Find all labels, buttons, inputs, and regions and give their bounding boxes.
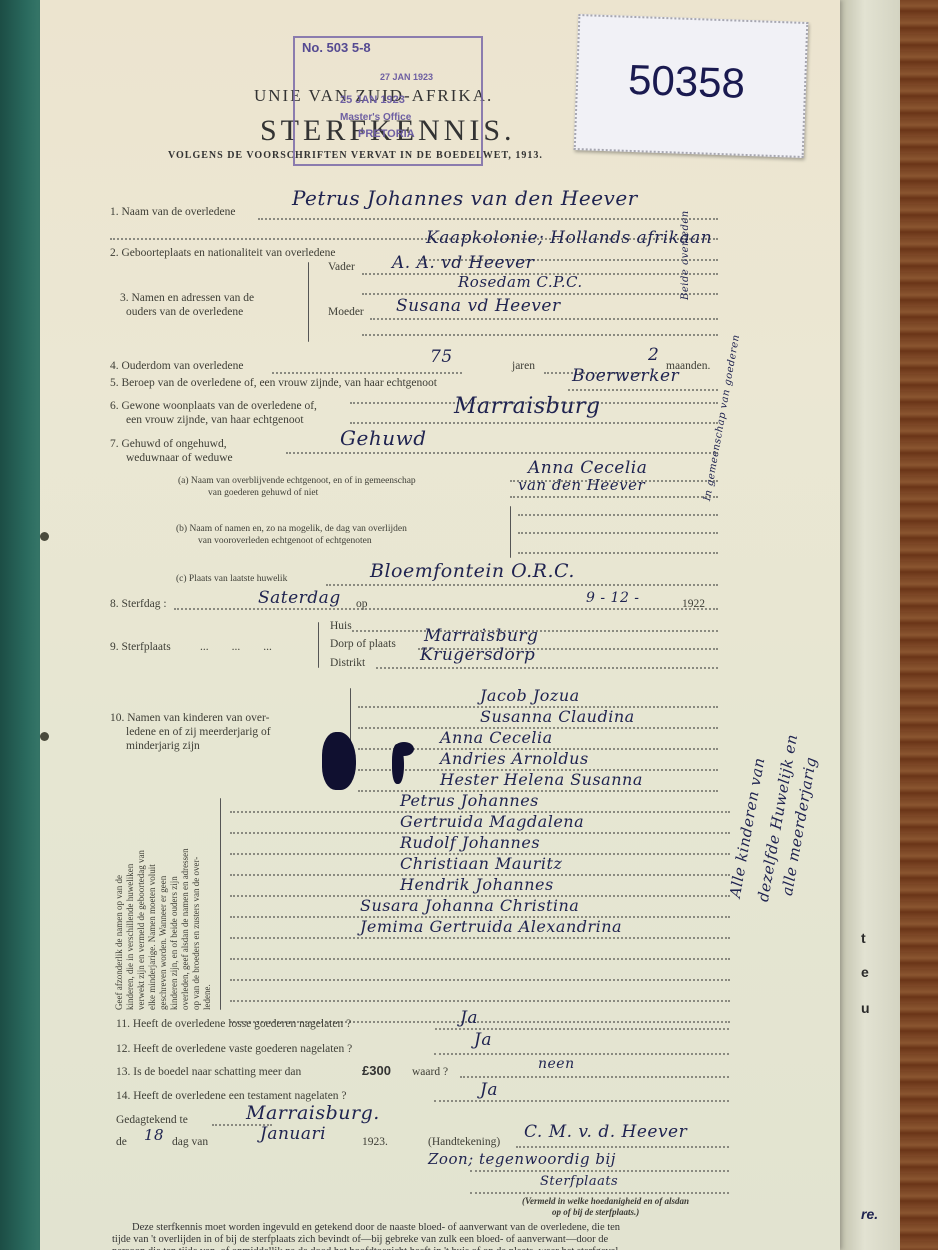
child-name: Jemima Gertruida Alexandrina [360, 917, 622, 936]
death-place-town: Marraisburg [424, 626, 538, 646]
instruction-line: ledene. [202, 984, 212, 1010]
child-name: Susanna Claudina [480, 707, 635, 726]
child-name: Christiaan Mauritz [400, 854, 562, 873]
testament-value: Ja [480, 1080, 498, 1100]
capacity-note-1: (Vermeld in welke hoedanigheid en of als… [522, 1196, 689, 1206]
handtekening-label: (Handtekening) [428, 1136, 500, 1148]
capacity-value-1: Zoon; tegenwoordig bij [428, 1150, 616, 1168]
ink-blot [394, 742, 414, 756]
signature-value: C. M. v. d. Heever [524, 1122, 687, 1142]
child-line [230, 979, 730, 981]
footer-line-2: tijde van 't overlijden in of bij de ste… [112, 1234, 608, 1246]
child-name: Hester Helena Susanna [440, 770, 643, 789]
punch-hole [40, 532, 49, 541]
sign-day: 18 [144, 1126, 164, 1144]
stamp-office: Master's Office [340, 112, 411, 123]
death-notice-form: UNIE VAN ZUID-AFRIKA. STERFKENNIS. VOLGE… [40, 0, 840, 1250]
instruction-line: verwekt zijn en vermeld de geboortedag v… [136, 850, 146, 1010]
death-date: 9 - 12 - [586, 590, 640, 606]
child-name: Rudolf Johannes [400, 833, 540, 852]
child-name: Anna Cecelia [440, 728, 553, 747]
dag-van-label: dag van [172, 1136, 208, 1148]
field-9-label: 9. Sterfplaats [110, 641, 171, 653]
years-label: jaren [512, 360, 535, 372]
field-3-label-1: 3. Namen en adressen van de [120, 292, 254, 304]
signed-at-label: Gedagtekend te [116, 1114, 188, 1126]
field-7a-label-1: (a) Naam van overblijvende echtgenoot, e… [178, 476, 416, 486]
field-6-label-1: 6. Gewone woonplaats van de overledene o… [110, 400, 317, 412]
death-year: 1922 [682, 598, 705, 610]
field-14-label: 14. Heeft de overledene een testament na… [116, 1090, 347, 1102]
estate-threshold: £300 [362, 1063, 391, 1078]
edge-mark: t [861, 930, 866, 946]
immovable-assets-value: Ja [474, 1030, 492, 1050]
archive-label: 50358 [574, 14, 809, 158]
stamp-city: PRETORIA [358, 128, 415, 140]
moeder-value: Susana vd Heever [396, 296, 561, 316]
vader-address: Rosedam C.P.C. [458, 273, 583, 291]
instruction-line: geschreven worden. Wanneer er geen [158, 876, 168, 1010]
field-6-label-2: een vrouw zijnde, van haar echtgenoot [126, 414, 304, 426]
vader-value: A. A. vd Heever [392, 253, 534, 273]
child-name: Andries Arnoldus [440, 749, 589, 768]
child-name: Petrus Johannes [400, 791, 539, 810]
sign-month: Januari [260, 1124, 326, 1144]
huis-label: Huis [330, 620, 352, 632]
footer-line-3: persoon die ten tijde van, of onmiddelli… [112, 1246, 618, 1250]
stamp-reference: No. 503 5-8 [302, 40, 371, 55]
sign-year: 1923. [362, 1136, 388, 1148]
death-weekday: Saterdag [258, 588, 341, 608]
archive-number: 50358 [627, 56, 745, 108]
field-13-label-pre: 13. Is de boedel naar schatting meer dan [116, 1066, 301, 1078]
instruction-line: kinderen zijn, en of beide ouders zijn [169, 876, 179, 1010]
vader-label: Vader [328, 261, 355, 273]
spouse-name-1: Anna Cecelia [528, 458, 647, 478]
field-2-label: 2. Geboorteplaats en nationaliteit van o… [110, 247, 335, 259]
field-7b-label-1: (b) Naam of namen en, zo na mogelik, de … [176, 524, 407, 534]
field-5-label: 5. Beroep van de overledene of, een vrou… [110, 377, 437, 389]
instruction-line: Geef afzonderlik de namen op van de [114, 875, 124, 1010]
residence-value: Marraisburg [454, 394, 600, 419]
child-name: Jacob Jozua [480, 686, 580, 705]
death-place-district: Krugersdorp [420, 645, 535, 665]
field-2-value: Kaapkolonie; Hollands afrikaan [426, 228, 712, 248]
field-4-label: 4. Ouderdom van overledene [110, 360, 243, 372]
field-10-label-2: ledene en of zij meerderjarig of [126, 726, 271, 738]
ink-blot [322, 732, 356, 790]
child-line [230, 958, 730, 960]
movable-assets-value: Ja [460, 1008, 478, 1028]
punch-hole [40, 732, 49, 741]
field-8-label: 8. Sterfdag : [110, 598, 167, 610]
edge-mark: re. [861, 1206, 878, 1222]
last-marriage-place: Bloemfontein O.R.C. [370, 560, 575, 582]
distrikt-label: Distrikt [330, 657, 365, 669]
op-label: op [356, 598, 368, 610]
field-7b-label-2: van vooroverleden echtgenoot of echtgeno… [198, 536, 372, 546]
stamp-date-1: 27 JAN 1923 [380, 72, 433, 82]
field-3-label-2: ouders van de overledene [126, 306, 243, 318]
field-13-label-post: waard ? [412, 1066, 448, 1078]
field-10-label-3: minderjarig zijn [126, 740, 200, 752]
field-7-label-2: weduwnaar of weduwe [126, 452, 233, 464]
stamp-date-2: 25 JAN 1923 [340, 94, 405, 106]
instruction-line: op van de broeders en zusters van de ove… [191, 857, 201, 1010]
field-9-dots: ... ... ... [200, 641, 272, 653]
parents-margin-note: Beide overleden [680, 210, 691, 300]
field-7a-label-2: van goederen gehuwd of niet [208, 488, 318, 498]
child-line [230, 937, 730, 939]
child-name: Gertruida Magdalena [400, 812, 584, 831]
moeder-label: Moeder [328, 306, 364, 318]
estate-value-answer: neen [538, 1056, 575, 1072]
field-1-value: Petrus Johannes van den Heever [292, 186, 638, 210]
spouse-name-2: van den Heever [518, 476, 645, 494]
capacity-value-2: Sterfplaats [540, 1174, 618, 1189]
field-1-label: 1. Naam van de overledene [110, 206, 235, 218]
edge-mark: e [861, 964, 869, 980]
occupation-value: Boerwerker [572, 366, 679, 386]
dorp-label: Dorp of plaats [330, 638, 396, 650]
field-7-label-1: 7. Gehuwd of ongehuwd, [110, 438, 227, 450]
child-line [230, 1000, 730, 1002]
age-years: 75 [430, 347, 453, 367]
field-7c-label: (c) Plaats van laatste huwelik [176, 574, 287, 584]
green-binder [0, 0, 44, 1250]
child-name: Hendrik Johannes [400, 875, 554, 894]
capacity-note-2: op of bij de sterfplaats.) [552, 1207, 639, 1217]
signed-at-value: Marraisburg. [246, 1102, 380, 1124]
marital-status-value: Gehuwd [340, 426, 427, 450]
field-10-label-1: 10. Namen van kinderen van over- [110, 712, 269, 724]
edge-mark: u [861, 1000, 870, 1016]
instruction-line: overleden, geef alsdan de namen en adres… [180, 848, 190, 1010]
child-name: Susara Johanna Christina [360, 896, 579, 915]
footer-line-1: Deze sterfkennis moet worden ingevuld en… [132, 1222, 620, 1234]
instruction-line: elke minderjarige. Namen moeten voluit [147, 864, 157, 1010]
age-months: 2 [648, 345, 659, 365]
instruction-line: kinderen, die in verschillende huweliken [125, 864, 135, 1010]
spouse-margin-note: In gemeenschap van goederen [702, 334, 742, 502]
field-12-label: 12. Heeft de overledene vaste goederen n… [116, 1043, 352, 1055]
de-label: de [116, 1136, 127, 1148]
field-11-label: 11. Heeft de overledene losse goederen n… [116, 1018, 351, 1030]
